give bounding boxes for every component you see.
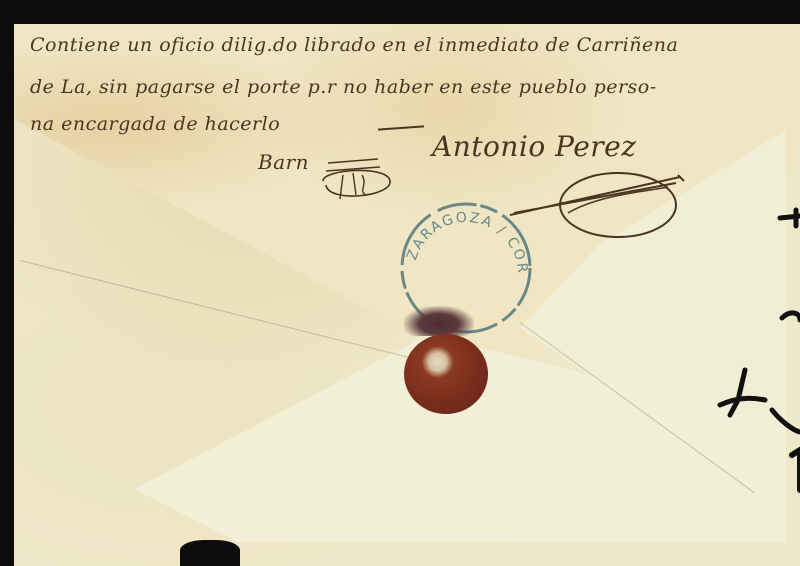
small-rubric-icon — [318, 155, 398, 207]
handwritten-line-3: na encargada de hacerlo — [30, 113, 280, 135]
signature-name: Antonio Perez — [432, 130, 636, 163]
handwritten-line-1: Contiene un oficio dilig.do librado en e… — [30, 34, 678, 56]
handwritten-line-2: de La, sin pagarse el porte p.r no haber… — [30, 76, 657, 98]
secondary-mark-text: Barn — [258, 150, 309, 174]
svg-text:ZARAGOZA / CORREOS: ZARAGOZA / CORREOS — [396, 198, 530, 275]
torn-paper-hole — [180, 540, 240, 566]
partial-ink-characters-icon — [700, 200, 800, 520]
postmark-text: ZARAGOZA / CORREOS — [396, 198, 530, 275]
seal-smudge — [404, 306, 474, 336]
wax-seal — [404, 334, 488, 414]
